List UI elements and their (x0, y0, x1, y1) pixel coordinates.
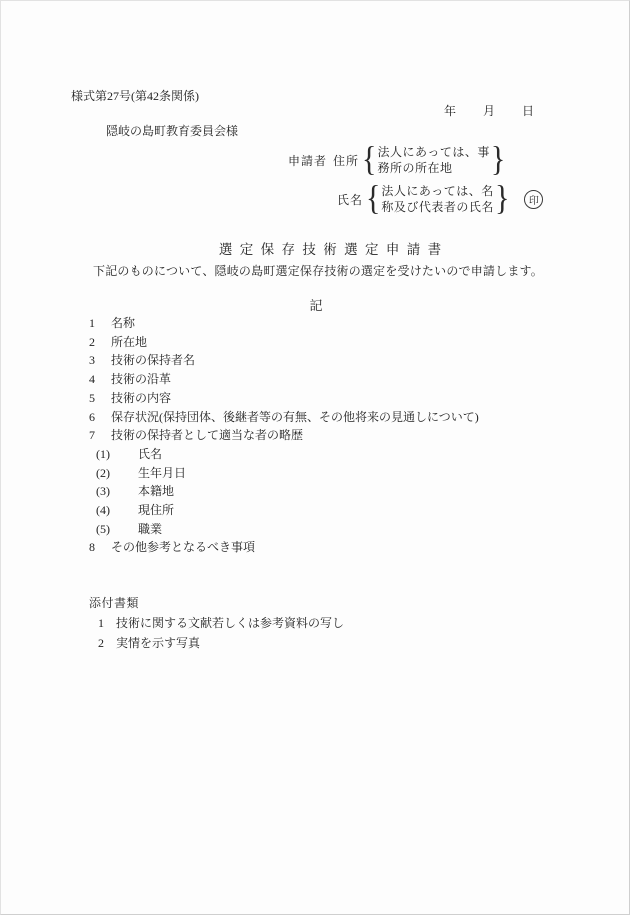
item-label: 所在地 (111, 333, 147, 352)
subitem-number: (3) (96, 482, 138, 501)
applicant-name-row: 氏名 { 法人にあっては、名 称及び代表者の氏名 } 印 (337, 183, 543, 215)
attachment-item: 1 技術に関する文献若しくは参考資料の写し (89, 613, 344, 633)
name-note-line2: 称及び代表者の氏名 (381, 199, 494, 215)
attachments-section: 添付書類 1 技術に関する文献若しくは参考資料の写し 2 実情を示す写真 (89, 593, 344, 653)
subitem-label: 氏名 (138, 445, 162, 464)
address-label: 住所 (333, 152, 359, 169)
year-label: 年 (444, 102, 456, 119)
item-number: 2 (89, 333, 111, 352)
list-item: 7 技術の保持者として適当な者の略歴 (89, 426, 479, 445)
seal-label: 印 (529, 192, 539, 207)
item-number: 3 (89, 351, 111, 370)
list-item: 5 技術の内容 (89, 389, 479, 408)
application-form-page: 様式第27号(第42条関係) 年 月 日 隠岐の島町教育委員会様 申請者 住所 … (0, 0, 630, 915)
name-label: 氏名 (337, 191, 363, 208)
item-label: 技術の内容 (111, 389, 171, 408)
attachments-heading: 添付書類 (89, 593, 344, 613)
date-line: 年 月 日 (444, 102, 534, 119)
applicant-label: 申請者 (288, 152, 327, 169)
subitem-number: (4) (96, 501, 138, 520)
subitem-number: (2) (96, 464, 138, 483)
record-heading: 記 (1, 295, 630, 314)
item-label: 技術の保持者として適当な者の略歴 (111, 426, 303, 445)
list-item: 4 技術の沿革 (89, 370, 479, 389)
subitem-number: (5) (96, 520, 138, 539)
list-subitem: (3) 本籍地 (89, 482, 479, 501)
right-brace-glyph: } (490, 143, 506, 178)
intro-sentence: 下記のものについて、隠岐の島町選定保存技術の選定を受けたいので申請します。 (93, 262, 543, 279)
address-note-line1: 法人にあっては、事 (377, 144, 489, 160)
month-label: 月 (483, 102, 495, 119)
list-item: 2 所在地 (89, 333, 479, 352)
name-note-line1: 法人にあっては、名 (381, 183, 494, 199)
item-label: その他参考となるべき事項 (111, 538, 255, 557)
document-title: 選 定 保 存 技 術 選 定 申 請 書 (1, 238, 630, 258)
item-number: 8 (89, 538, 111, 557)
subitem-label: 現住所 (138, 501, 174, 520)
address-note: 法人にあっては、事 務所の所在地 (377, 144, 489, 176)
attachment-item: 2 実情を示す写真 (89, 633, 344, 653)
list-item: 1 名称 (89, 314, 479, 333)
name-note: 法人にあっては、名 称及び代表者の氏名 (381, 183, 494, 215)
attachment-label: 実情を示す写真 (116, 633, 200, 653)
day-label: 日 (522, 102, 534, 119)
items-list: 1 名称 2 所在地 3 技術の保持者名 4 技術の沿革 5 技術の内容 6 保… (89, 314, 479, 557)
left-brace-glyph: { (365, 182, 381, 217)
list-item: 8 その他参考となるべき事項 (89, 538, 479, 557)
item-number: 4 (89, 370, 111, 389)
applicant-block: 申請者 住所 { 法人にあっては、事 務所の所在地 } 氏名 { 法人にあっては… (288, 144, 543, 215)
addressee: 隠岐の島町教育委員会様 (106, 122, 238, 139)
seal-mark-icon: 印 (524, 190, 543, 209)
item-label: 技術の保持者名 (111, 351, 195, 370)
list-item: 6 保存状況(保持団体、後継者等の有無、その他将来の見通しについて) (89, 408, 479, 427)
subitem-label: 職業 (138, 520, 162, 539)
list-subitem: (1) 氏名 (89, 445, 479, 464)
item-label: 保存状況(保持団体、後継者等の有無、その他将来の見通しについて) (111, 408, 479, 427)
list-subitem: (5) 職業 (89, 520, 479, 539)
item-label: 技術の沿革 (111, 370, 171, 389)
right-brace-glyph: } (494, 182, 510, 217)
attachment-number: 2 (98, 633, 116, 653)
item-number: 7 (89, 426, 111, 445)
subitem-number: (1) (96, 445, 138, 464)
left-brace-glyph: { (361, 143, 377, 178)
attachment-label: 技術に関する文献若しくは参考資料の写し (116, 613, 344, 633)
applicant-address-row: 申請者 住所 { 法人にあっては、事 務所の所在地 } (288, 144, 543, 176)
subitem-label: 本籍地 (138, 482, 174, 501)
list-subitem: (2) 生年月日 (89, 464, 479, 483)
item-number: 5 (89, 389, 111, 408)
subitem-label: 生年月日 (138, 464, 186, 483)
list-subitem: (4) 現住所 (89, 501, 479, 520)
item-label: 名称 (111, 314, 135, 333)
form-number: 様式第27号(第42条関係) (71, 87, 199, 104)
item-number: 1 (89, 314, 111, 333)
address-note-line2: 務所の所在地 (377, 160, 489, 176)
attachment-number: 1 (98, 613, 116, 633)
list-item: 3 技術の保持者名 (89, 351, 479, 370)
item-number: 6 (89, 408, 111, 427)
